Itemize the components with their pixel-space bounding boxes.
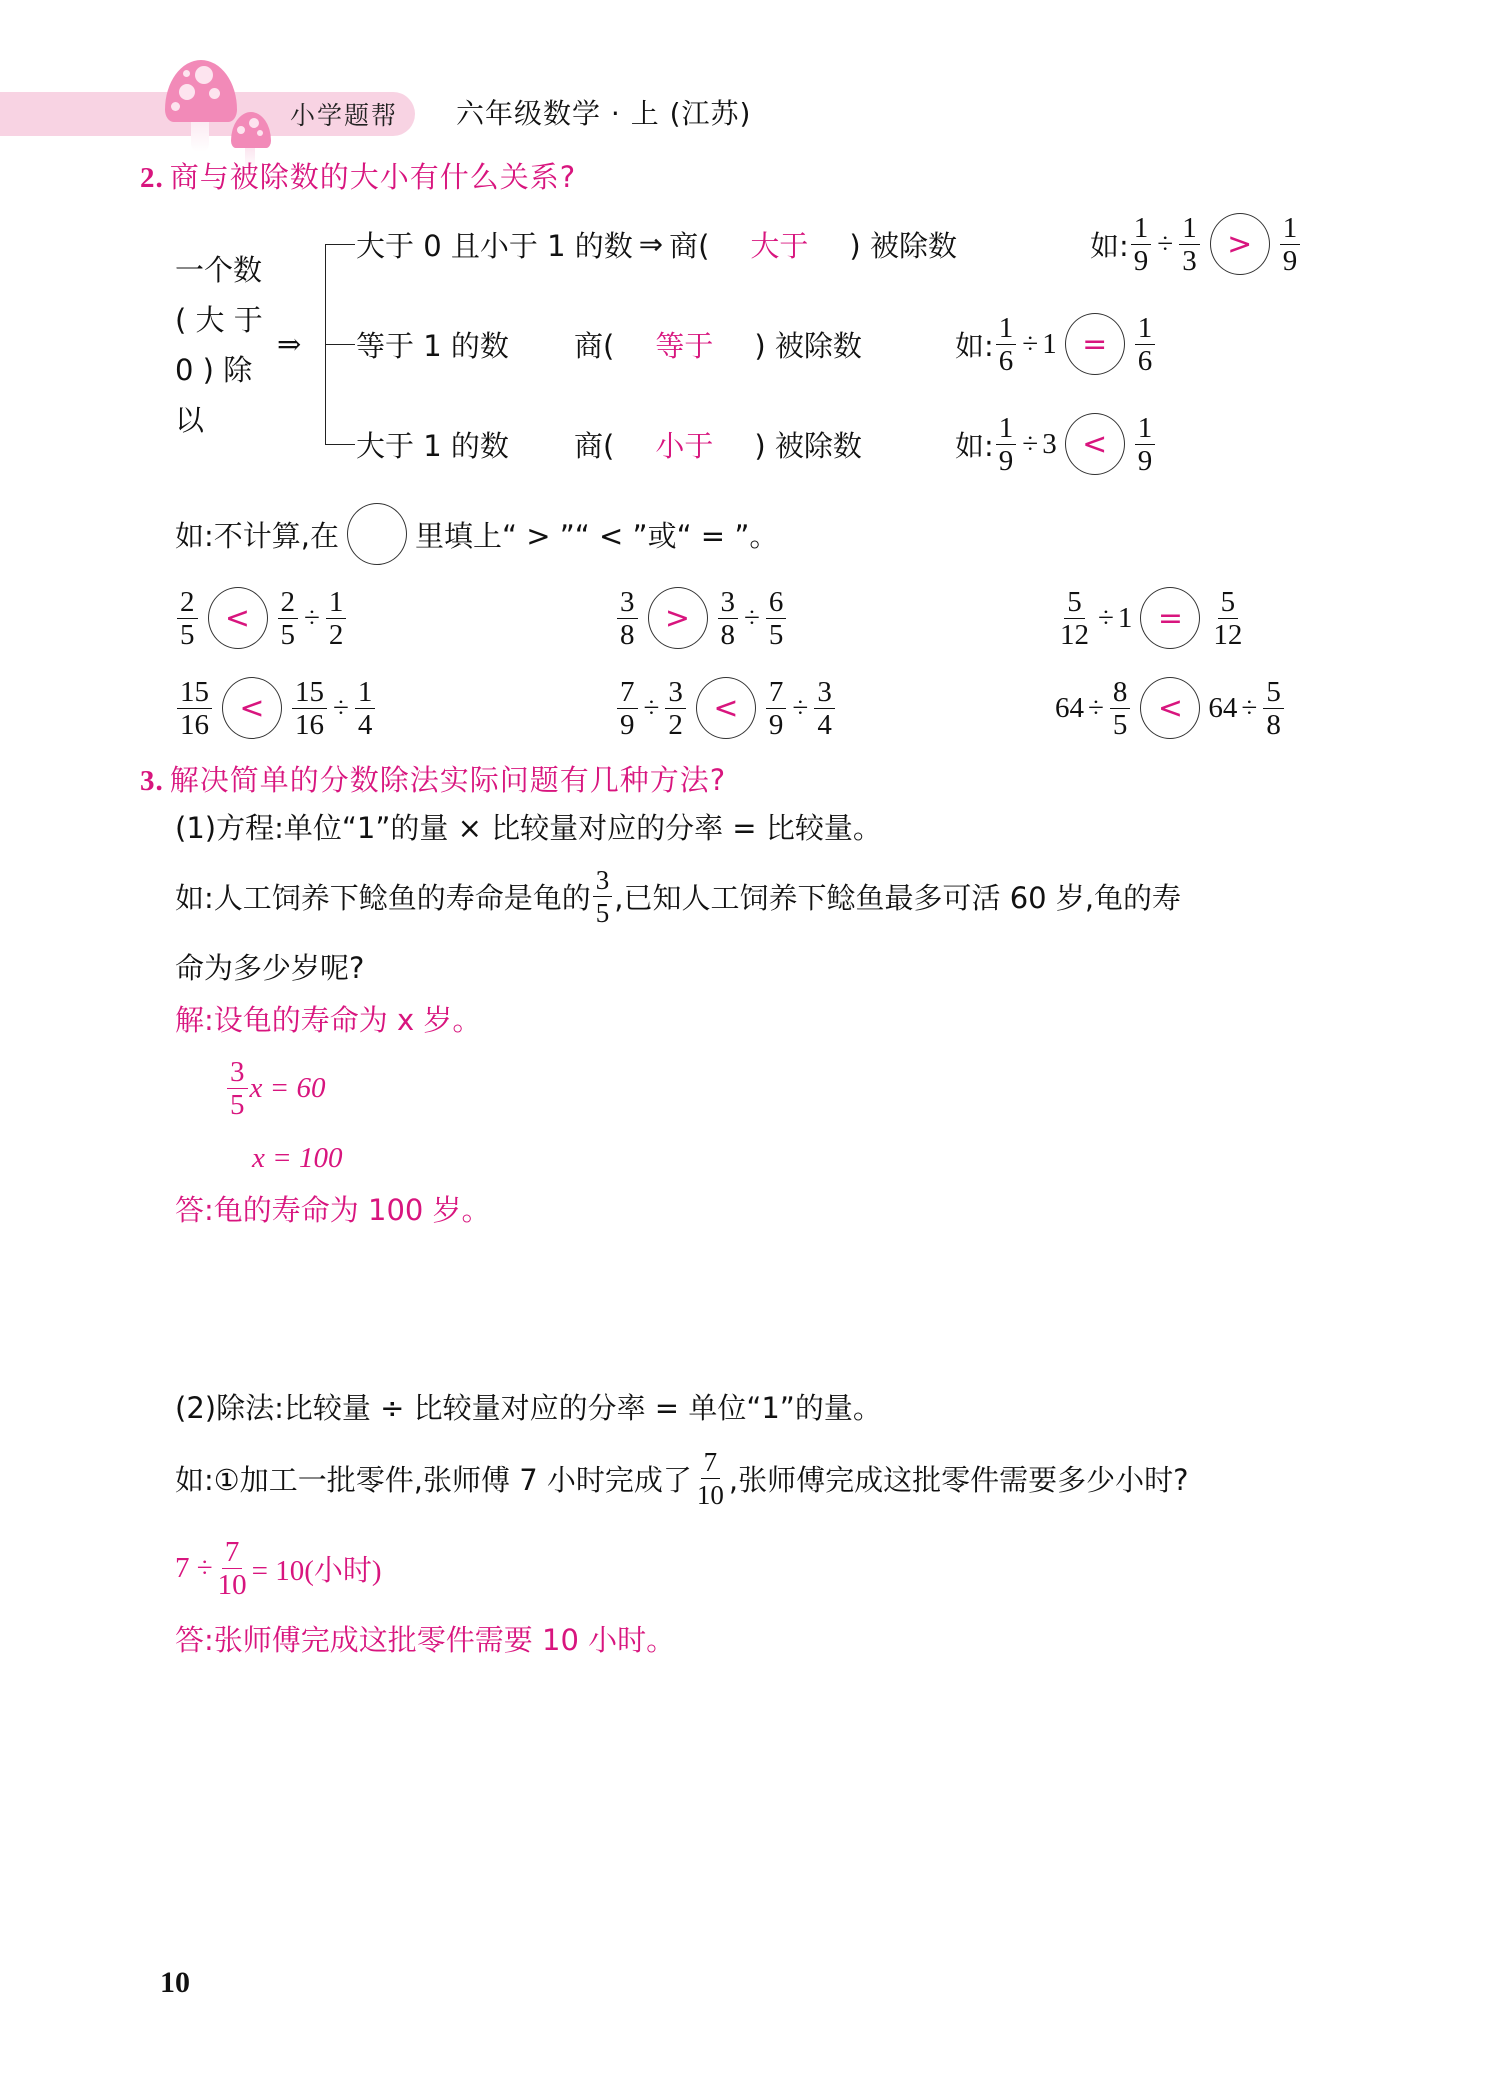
denominator: 4	[355, 709, 376, 740]
numerator: 2	[177, 587, 198, 619]
calc-text: 7 ÷	[175, 1552, 213, 1585]
number: 1	[1118, 602, 1133, 635]
denominator: 12	[1057, 619, 1092, 650]
bracket-tick	[325, 344, 355, 345]
branch-prefix: 商(	[669, 224, 709, 265]
problem-text: 如:①加工一批零件,张师傅 7 小时完成了	[175, 1458, 692, 1499]
example-label: 如:	[955, 424, 994, 465]
equation-rest: x = 60	[250, 1072, 326, 1105]
example: 如: 16 ÷ 1 = 16	[955, 306, 1157, 382]
bracket-tick	[325, 244, 355, 245]
numerator: 1	[1179, 213, 1200, 245]
denominator: 9	[1135, 445, 1156, 476]
numerator: 5	[1263, 677, 1284, 709]
denominator: 6	[996, 345, 1017, 376]
section-3-heading: 3.解决简单的分数除法实际问题有几种方法?	[140, 758, 726, 799]
subject-line: 一个数	[175, 245, 285, 295]
numerator: 1	[996, 413, 1017, 445]
denominator: 9	[617, 709, 638, 740]
section-title: 解决简单的分数除法实际问题有几种方法?	[170, 763, 726, 797]
subject-label: 一个数 ( 大 于 0 ) 除 以	[175, 245, 285, 445]
method-1-answer: 答:龟的寿命为 100 岁。	[175, 1192, 491, 1228]
numerator: 3	[227, 1057, 248, 1089]
brand-label: 小学题帮	[290, 96, 398, 132]
method-2-answer: 答:张师傅完成这批零件需要 10 小时。	[175, 1622, 675, 1658]
branch-condition: 大于 1 的数	[356, 424, 574, 465]
numerator: 3	[617, 587, 638, 619]
numerator: 3	[593, 865, 613, 897]
branch-suffix: ) 被除数	[754, 324, 862, 365]
denominator: 10	[694, 1479, 727, 1510]
denominator: 5	[278, 619, 299, 650]
example-label: 如:	[955, 324, 994, 365]
divide-sign: ÷	[1241, 692, 1257, 725]
example: 如: 19 ÷ 13 > 19	[1090, 206, 1302, 282]
numerator: 7	[617, 677, 638, 709]
denominator: 5	[177, 619, 198, 650]
section-2-heading: 2.商与被除数的大小有什么关系?	[140, 155, 576, 196]
example-label: 如:	[1090, 224, 1129, 265]
instruction: 如:不计算,在 里填上“ > ”“ < ”或“ = ”。	[175, 502, 778, 566]
numerator: 15	[177, 677, 212, 709]
calculation: 7 ÷ 710 = 10(小时)	[175, 1530, 382, 1606]
divide-sign: ÷	[1098, 602, 1114, 635]
comparison-item: 25<25÷12	[175, 580, 348, 656]
numerator: 2	[278, 587, 299, 619]
numerator: 15	[292, 677, 327, 709]
answer-circle: <	[1140, 677, 1200, 739]
blank-circle	[347, 503, 407, 565]
method-2-problem: 如:①加工一批零件,张师傅 7 小时完成了 710 ,张师傅完成这批零件需要多少…	[175, 1440, 1189, 1516]
subject-line: 以	[175, 395, 285, 445]
section-number: 3.	[140, 765, 164, 797]
numerator: 7	[766, 677, 787, 709]
numerator: 1	[996, 313, 1017, 345]
numerator: 1	[1131, 213, 1152, 245]
comparison-item: 512÷1=512	[1055, 580, 1247, 656]
denominator: 3	[1179, 245, 1200, 276]
divide-sign: ÷	[1022, 328, 1038, 361]
branch-row: 大于 1 的数 商( 小于 ) 被除数	[356, 412, 862, 476]
denominator: 8	[1263, 709, 1284, 740]
divide-sign: ÷	[333, 692, 349, 725]
answer-circle: >	[1210, 213, 1270, 275]
subject-line: 0 ) 除	[175, 345, 285, 395]
section-title: 商与被除数的大小有什么关系?	[170, 160, 576, 194]
calc-text: = 10(小时)	[252, 1548, 382, 1589]
comparison-item: 1516<1516÷14	[175, 670, 377, 746]
denominator: 12	[1210, 619, 1245, 650]
denominator: 9	[1131, 245, 1152, 276]
example: 如: 19 ÷ 3 < 19	[955, 406, 1157, 482]
equation-1: 35 x = 60	[225, 1052, 325, 1124]
divide-sign: ÷	[1022, 428, 1038, 461]
mushroom-icon	[165, 60, 275, 150]
divide-sign: ÷	[792, 692, 808, 725]
numerator: 5	[1064, 587, 1085, 619]
denominator: 5	[227, 1089, 248, 1120]
answer-circle: <	[208, 587, 268, 649]
denominator: 8	[718, 619, 739, 650]
denominator: 8	[617, 619, 638, 650]
numerator: 1	[355, 677, 376, 709]
problem-text: 命为多少岁呢?	[175, 950, 364, 986]
numerator: 6	[766, 587, 787, 619]
book-title: 六年级数学 · 上 (江苏)	[456, 92, 751, 132]
answer-blank: 等于	[614, 324, 754, 365]
branch-suffix: ) 被除数	[849, 224, 957, 265]
denominator: 9	[1280, 245, 1301, 276]
implies-arrow: ⇒	[639, 227, 663, 261]
divide-sign: ÷	[1157, 228, 1173, 261]
implies-arrow: ⇒	[277, 326, 301, 362]
answer-circle: =	[1065, 313, 1125, 375]
answer-blank: 小于	[614, 424, 754, 465]
denominator: 16	[177, 709, 212, 740]
number: 64	[1055, 692, 1084, 725]
branch-row: 大于 0 且小于 1 的数 ⇒ 商( 大于 ) 被除数	[356, 212, 957, 276]
denominator: 16	[292, 709, 327, 740]
comparison-item: 79÷32<79÷34	[615, 670, 837, 746]
numerator: 3	[814, 677, 835, 709]
denominator: 5	[766, 619, 787, 650]
section-number: 2.	[140, 162, 164, 194]
comparison-item: 38>38÷65	[615, 580, 788, 656]
numerator: 7	[701, 1447, 721, 1479]
answer-circle: <	[222, 677, 282, 739]
denominator: 5	[593, 897, 613, 928]
branch-suffix: ) 被除数	[754, 424, 862, 465]
denominator: 2	[326, 619, 347, 650]
branch-condition: 等于 1 的数	[356, 324, 574, 365]
answer-blank: 大于	[709, 224, 849, 265]
problem-text: ,张师傅完成这批零件需要多少小时?	[729, 1458, 1189, 1499]
denominator: 9	[766, 709, 787, 740]
numerator: 5	[1218, 587, 1239, 619]
method-1-problem: 如:人工饲养下鲶鱼的寿命是龟的 35 ,已知人工饲养下鲶鱼最多可活 60 岁,龟…	[175, 858, 1181, 934]
answer-circle: <	[1065, 413, 1125, 475]
subject-line: ( 大 于	[175, 295, 285, 345]
instruction-text: 里填上“ > ”“ < ”或“ = ”。	[415, 514, 778, 555]
numerator: 3	[718, 587, 739, 619]
divide-sign: ÷	[644, 692, 660, 725]
solution-set: 解:设龟的寿命为 x 岁。	[175, 1002, 481, 1038]
method-2-title: (2)除法:比较量 ÷ 比较量对应的分率 = 单位“1”的量。	[175, 1390, 882, 1426]
denominator: 6	[1135, 345, 1156, 376]
answer-circle: =	[1140, 587, 1200, 649]
numerator: 1	[1135, 313, 1156, 345]
denominator: 2	[665, 709, 686, 740]
problem-text: ,已知人工饲养下鲶鱼最多可活 60 岁,龟的寿	[614, 876, 1181, 917]
divide-sign: ÷	[304, 602, 320, 635]
branch-row: 等于 1 的数 商( 等于 ) 被除数	[356, 312, 862, 376]
divisor: 1	[1042, 328, 1057, 361]
answer-circle: >	[648, 587, 708, 649]
numerator: 1	[326, 587, 347, 619]
method-1-title: (1)方程:单位“1”的量 × 比较量对应的分率 = 比较量。	[175, 810, 882, 846]
divisor: 3	[1042, 428, 1057, 461]
divide-sign: ÷	[1088, 692, 1104, 725]
divide-sign: ÷	[744, 602, 760, 635]
denominator: 9	[996, 445, 1017, 476]
denominator: 4	[814, 709, 835, 740]
comparison-item: 64÷85<64÷58	[1055, 670, 1286, 746]
numerator: 7	[222, 1537, 243, 1569]
branch-prefix: 商(	[574, 424, 614, 465]
numerator: 1	[1135, 413, 1156, 445]
problem-text: 如:人工饲养下鲶鱼的寿命是龟的	[175, 876, 591, 917]
branch-condition: 大于 0 且小于 1 的数	[356, 224, 633, 265]
page-number: 10	[160, 1966, 190, 2000]
denominator: 10	[215, 1569, 250, 1600]
bracket-tick	[325, 444, 355, 445]
branch-prefix: 商(	[574, 324, 614, 365]
answer-circle: <	[696, 677, 756, 739]
equation-2: x = 100	[252, 1140, 342, 1176]
numerator: 8	[1110, 677, 1131, 709]
instruction-text: 如:不计算,在	[175, 514, 339, 555]
number: 64	[1208, 692, 1237, 725]
numerator: 3	[665, 677, 686, 709]
numerator: 1	[1280, 213, 1301, 245]
denominator: 5	[1110, 709, 1131, 740]
